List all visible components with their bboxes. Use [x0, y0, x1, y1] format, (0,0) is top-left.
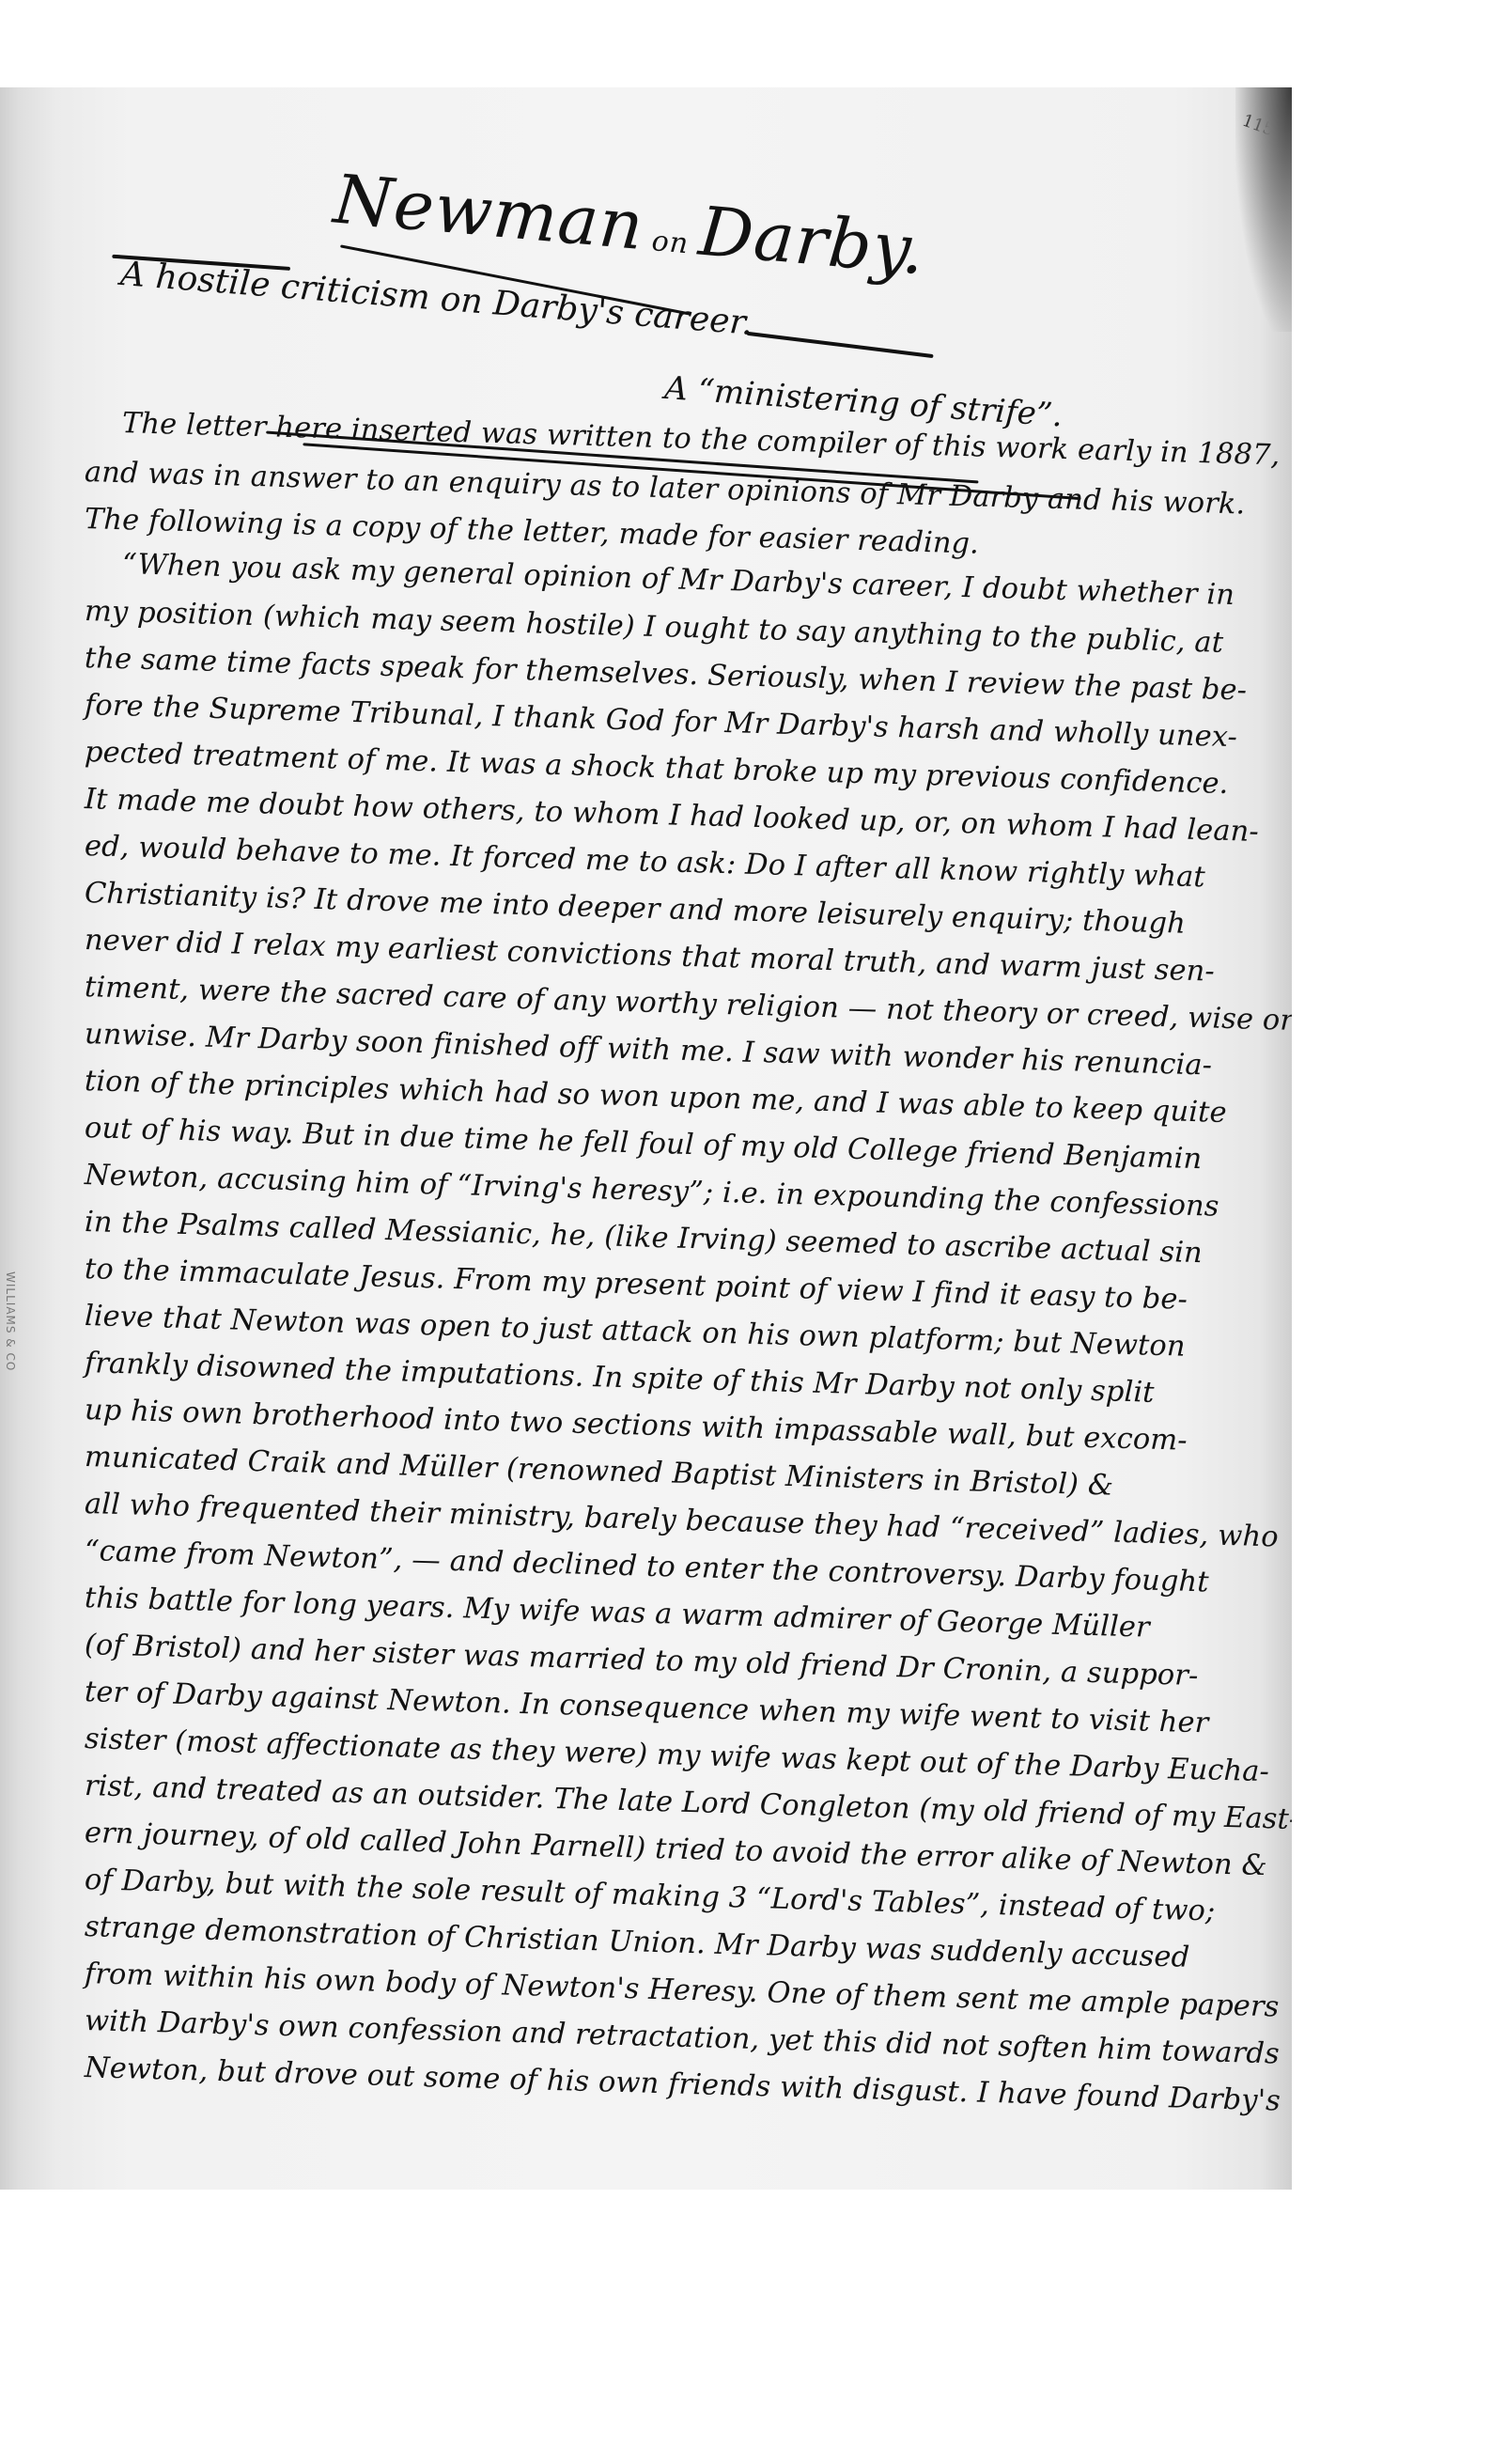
manuscript-page: 115 WILLIAMS & CO NewmanonDarby. A hosti…	[0, 87, 1292, 2190]
margin-stamp-text: WILLIAMS & CO	[2, 1271, 17, 1371]
title-on: on	[650, 225, 690, 260]
page-title: NewmanonDarby.	[331, 160, 928, 290]
title-newman: Newman	[331, 160, 647, 266]
page-number: 115	[1239, 111, 1276, 140]
title-right-dash	[747, 332, 934, 358]
title-darby: Darby.	[696, 192, 929, 290]
